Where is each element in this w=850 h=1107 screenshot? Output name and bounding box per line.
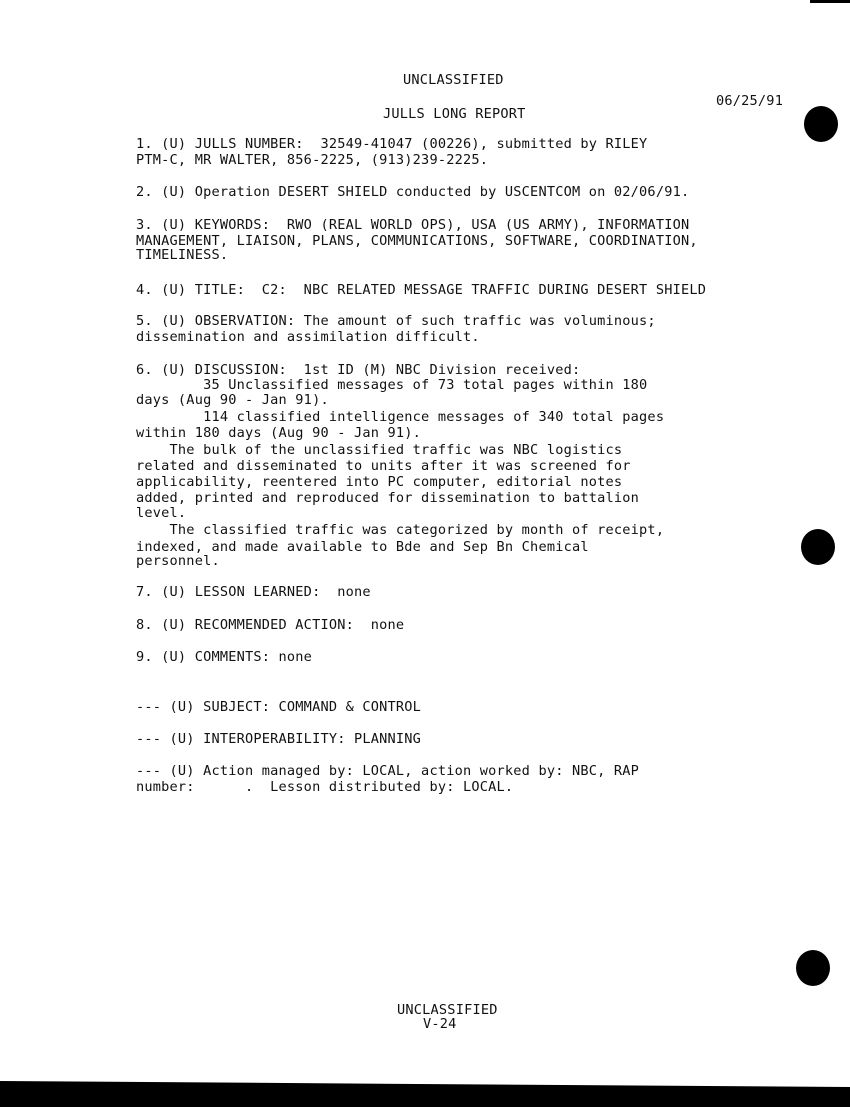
scan-edge-bottom: [0, 1079, 850, 1107]
item-6-line-8: applicability, reentered into PC compute…: [136, 474, 622, 490]
action-line-2: number: . Lesson distributed by: LOCAL.: [136, 779, 513, 795]
hole-punch-bottom: [796, 950, 830, 986]
item-6-line-7: related and disseminated to units after …: [136, 458, 631, 474]
interoperability-line: --- (U) INTEROPERABILITY: PLANNING: [136, 731, 421, 747]
item-1-line-2: PTM-C, MR WALTER, 856-2225, (913)239-222…: [136, 152, 488, 168]
item-6-line-3: days (Aug 90 - Jan 91).: [136, 392, 329, 408]
item-5-line-2: dissemination and assimilation difficult…: [136, 329, 480, 345]
item-6-line-4: 114 classified intelligence messages of …: [136, 409, 664, 425]
item-6-line-13: personnel.: [136, 553, 220, 569]
item-5-line-1: 5. (U) OBSERVATION: The amount of such t…: [136, 313, 656, 329]
item-6-line-10: level.: [136, 505, 186, 521]
item-6-line-2: 35 Unclassified messages of 73 total pag…: [136, 377, 647, 393]
item-3-line-1: 3. (U) KEYWORDS: RWO (REAL WORLD OPS), U…: [136, 217, 689, 233]
action-line-1: --- (U) Action managed by: LOCAL, action…: [136, 763, 639, 779]
item-6-line-1: 6. (U) DISCUSSION: 1st ID (M) NBC Divisi…: [136, 362, 580, 378]
item-6-line-11: The classified traffic was categorized b…: [136, 522, 664, 538]
classification-top: UNCLASSIFIED: [403, 72, 504, 88]
item-2-line-1: 2. (U) Operation DESERT SHIELD conducted…: [136, 184, 689, 200]
report-title: JULLS LONG REPORT: [383, 106, 526, 122]
hole-punch-middle: [801, 529, 835, 565]
item-6-line-9: added, printed and reproduced for dissem…: [136, 490, 639, 506]
item-7-line-1: 7. (U) LESSON LEARNED: none: [136, 584, 371, 600]
subject-line: --- (U) SUBJECT: COMMAND & CONTROL: [136, 699, 421, 715]
hole-punch-top: [804, 106, 838, 142]
item-1-line-1: 1. (U) JULLS NUMBER: 32549-41047 (00226)…: [136, 136, 647, 152]
item-6-line-5: within 180 days (Aug 90 - Jan 91).: [136, 425, 421, 441]
item-4-line-1: 4. (U) TITLE: C2: NBC RELATED MESSAGE TR…: [136, 282, 706, 298]
page-number: V-24: [423, 1016, 457, 1032]
report-date: 06/25/91: [716, 93, 783, 109]
scan-edge-top: [810, 0, 850, 3]
item-8-line-1: 8. (U) RECOMMENDED ACTION: none: [136, 617, 404, 633]
item-6-line-6: The bulk of the unclassified traffic was…: [136, 442, 622, 458]
item-9-line-1: 9. (U) COMMENTS: none: [136, 649, 312, 665]
item-3-line-3: TIMELINESS.: [136, 247, 228, 263]
